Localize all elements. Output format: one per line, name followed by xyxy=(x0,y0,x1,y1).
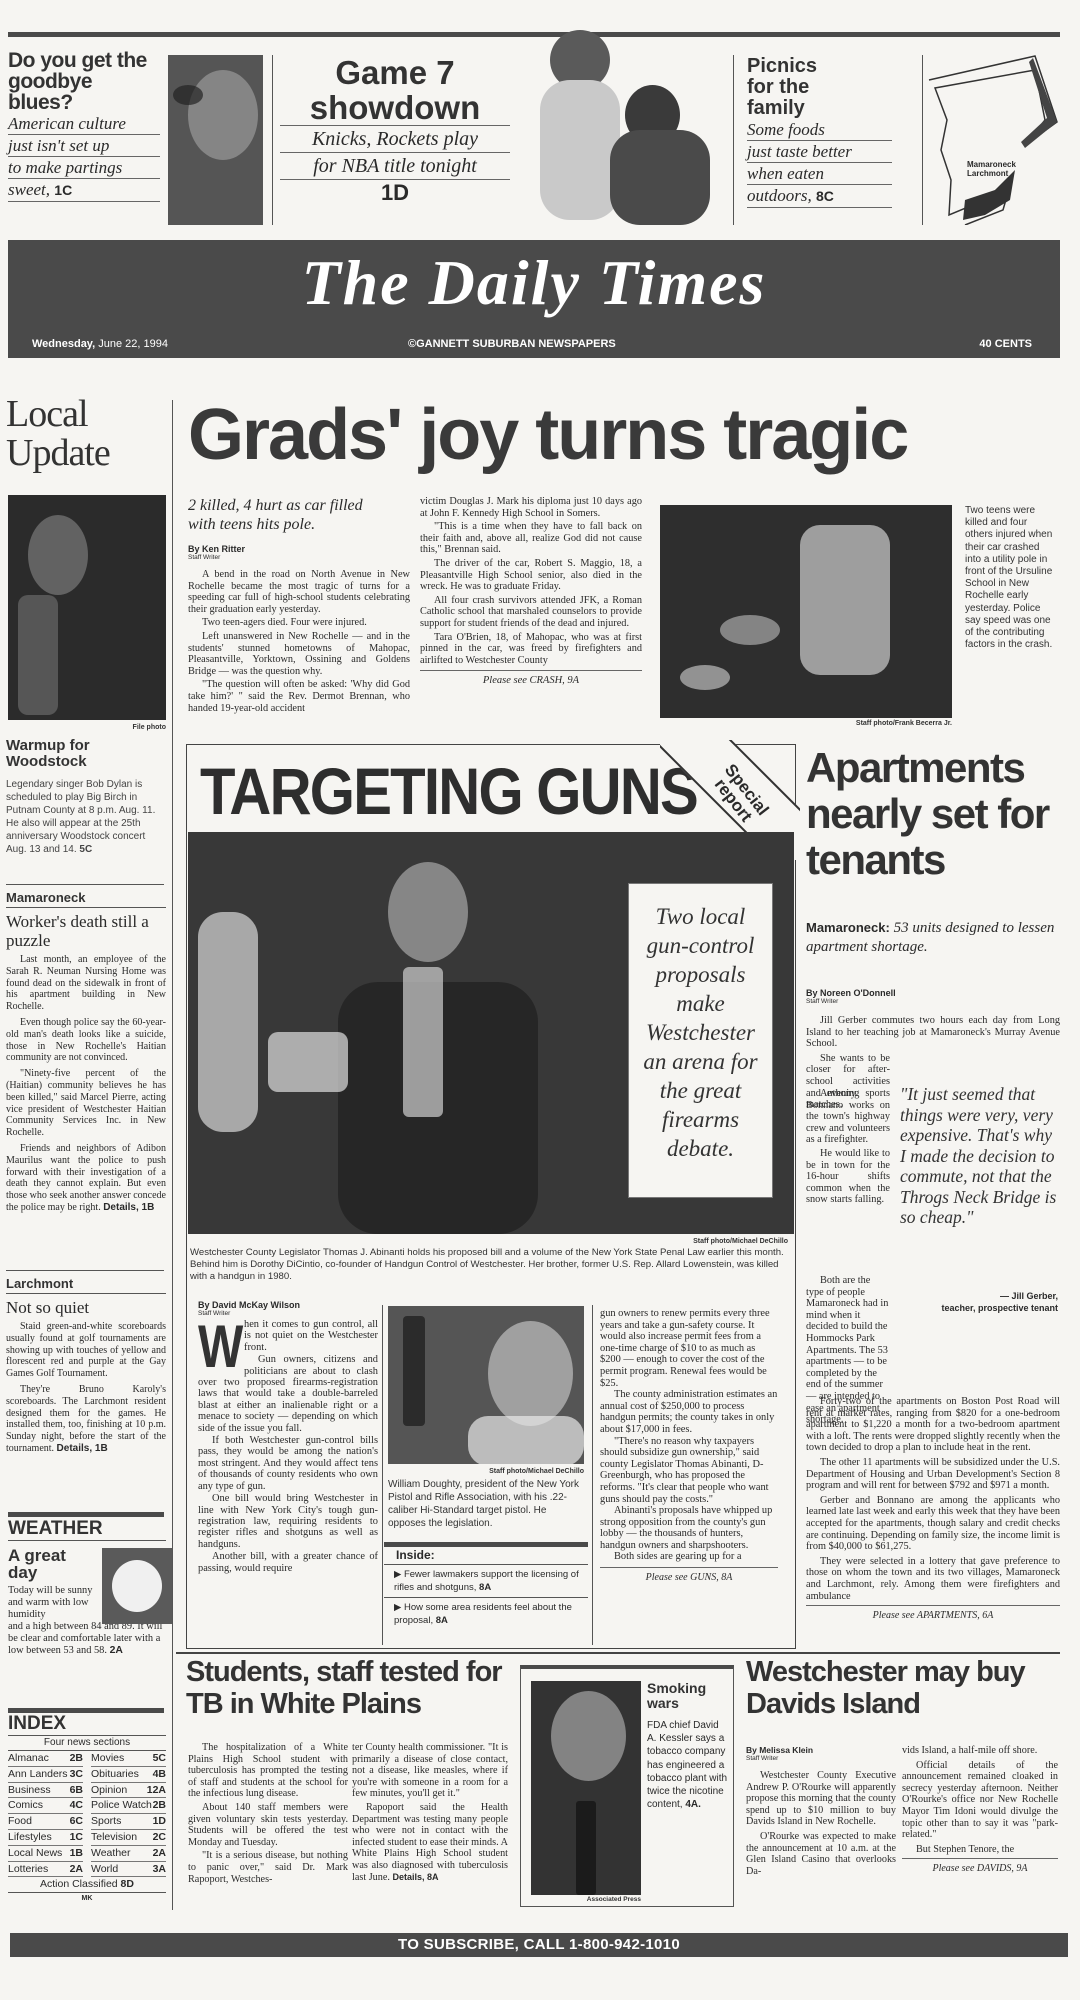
index-box: INDEX Four news sections Almanac2B Ann L… xyxy=(8,1713,166,1902)
county-map-icon xyxy=(925,50,1065,225)
mamaroneck-map: Mamaroneck Larchmont xyxy=(925,50,1065,225)
smoking-text: FDA chief David A. Kessler says a tobacc… xyxy=(647,1719,729,1811)
photo-credit: Associated Press xyxy=(531,1896,641,1903)
item-headline: Worker's death still a puzzle xyxy=(6,912,166,950)
map-label: Mamaroneck Larchmont xyxy=(967,160,1016,178)
index-entry[interactable]: Almanac2B xyxy=(8,1751,83,1767)
newspaper-title: The Daily Times xyxy=(8,246,1060,320)
local-item-mamaroneck[interactable]: Mamaroneck Worker's death still a puzzle… xyxy=(6,890,166,1218)
kessler-photo xyxy=(531,1681,641,1895)
index-entry[interactable]: Opinion12A xyxy=(91,1783,166,1799)
lead-headline[interactable]: Grads' joy turns tragic xyxy=(188,390,1068,480)
inside-item[interactable]: ▶ How some area residents feel about the… xyxy=(384,1598,588,1630)
index-left-column: Almanac2B Ann Landers3C Business6B Comic… xyxy=(8,1751,83,1877)
divider xyxy=(382,1305,383,1645)
teaser-game7[interactable]: Game 7 showdown Knicks, Rockets play for… xyxy=(280,55,510,206)
bob-dylan-photo xyxy=(8,495,166,720)
weather-text-short: Today will be sunny and warm with low hu… xyxy=(8,1585,94,1621)
jump-link[interactable]: Please see DAVIDS, 9A xyxy=(902,1858,1058,1874)
index-entry[interactable]: Movies5C xyxy=(91,1751,166,1767)
weather-headline: A great day xyxy=(8,1547,88,1581)
teaser-goodbye-headline: Do you get the goodbye blues? xyxy=(8,50,160,113)
apartments-headline[interactable]: Apartments nearly set for tenants xyxy=(806,745,1076,883)
item-text: Legendary singer Bob Dylan is scheduled … xyxy=(6,778,166,856)
teaser-picnics[interactable]: Picnics for the family Some foods just t… xyxy=(747,56,892,208)
guns-pullout-box: Two local gun-control proposals make Wes… xyxy=(628,883,773,1198)
smoking-headline: Smoking wars xyxy=(647,1681,706,1711)
index-entry[interactable]: Local News1B xyxy=(8,1846,83,1862)
guns-headline[interactable]: TARGETING GUNS xyxy=(200,748,614,834)
byline: By David McKay Wilson xyxy=(198,1300,378,1310)
index-entry[interactable]: Comics4C xyxy=(8,1798,83,1814)
index-entry[interactable]: Lifestyles1C xyxy=(8,1830,83,1846)
index-entry[interactable]: Business6B xyxy=(8,1783,83,1799)
weather-box: WEATHER A great day Today will be sunny … xyxy=(8,1518,166,1657)
index-subtitle: Four news sections xyxy=(8,1736,166,1751)
details-link[interactable]: Details, 8A xyxy=(392,1872,438,1882)
teaser-line: when eaten xyxy=(747,163,892,185)
byline-role: Staff Writer xyxy=(746,1755,896,1762)
teaser-line: American culture xyxy=(8,113,160,135)
apartments-deck: Mamaroneck: 53 units designed to lessen … xyxy=(806,918,1074,957)
dropcap: W xyxy=(198,1319,232,1375)
davids-col2: vids Island, a half-mile off shore. Offi… xyxy=(902,1745,1058,1874)
index-entry[interactable]: Weather2A xyxy=(91,1846,166,1862)
photo-credit: Staff photo/Michael DeChillo xyxy=(188,1238,788,1245)
masthead: The Daily Times Wednesday, June 22, 1994… xyxy=(8,240,1060,358)
guns-story-col1: By David McKay Wilson Staff Writer W hen… xyxy=(198,1300,378,1575)
lead-story-col1: 2 killed, 4 hurt as car filled with teen… xyxy=(188,496,410,716)
initials: MK xyxy=(8,1895,166,1902)
local-item-larchmont[interactable]: Larchmont Not so quiet Staid green-and-w… xyxy=(6,1276,166,1459)
item-headline: Not so quiet xyxy=(6,1298,166,1317)
byline: By Ken Ritter xyxy=(188,544,410,554)
teaser-line: just isn't set up xyxy=(8,135,160,157)
item-section: Larchmont xyxy=(6,1276,166,1294)
doughty-caption: William Doughty, president of the New Yo… xyxy=(388,1478,584,1530)
publisher: ©GANNETT SUBURBAN NEWSPAPERS xyxy=(408,338,616,350)
divider xyxy=(6,1270,164,1271)
divider xyxy=(592,1305,593,1645)
sun-icon xyxy=(102,1548,172,1624)
index-title: INDEX xyxy=(8,1713,166,1736)
subscribe-text: TO SUBSCRIBE, CALL 1-800-942-1010 xyxy=(398,1936,680,1953)
issue-date: Wednesday, June 22, 1994 xyxy=(32,338,168,350)
index-entry[interactable]: Ann Landers3C xyxy=(8,1767,83,1783)
doughty-photo xyxy=(388,1306,584,1464)
page-ref: 8C xyxy=(816,188,834,204)
subscribe-banner[interactable]: TO SUBSCRIBE, CALL 1-800-942-1010 xyxy=(10,1933,1068,1957)
lead-deck: 2 killed, 4 hurt as car filled with teen… xyxy=(188,496,378,534)
photo-credit: Staff photo/Frank Becerra Jr. xyxy=(660,720,952,727)
page-ref: 2A xyxy=(110,1645,123,1656)
guns-story-col3: gun owners to renew permits every three … xyxy=(600,1308,778,1583)
tb-col2: ter County health commissioner. "It is p… xyxy=(352,1742,508,1885)
left-column-divider xyxy=(172,400,173,1910)
index-entry[interactable]: Police Watch2B xyxy=(91,1798,166,1814)
weather-rule xyxy=(8,1512,164,1517)
inside-box: Inside: ▶ Fewer lawmakers support the li… xyxy=(384,1542,588,1630)
divider xyxy=(6,884,164,885)
guns-photo-caption: Westchester County Legislator Thomas J. … xyxy=(190,1247,790,1282)
inside-item[interactable]: ▶ Fewer lawmakers support the licensing … xyxy=(384,1565,588,1598)
byline-role: Staff Writer xyxy=(806,998,1060,1005)
price: 40 CENTS xyxy=(979,338,1032,350)
crash-photo-caption: Two teens were killed and four others in… xyxy=(965,505,1055,651)
details-link[interactable]: Details, 1B xyxy=(57,1443,108,1454)
index-entry[interactable]: Television2C xyxy=(91,1830,166,1846)
byline: By Noreen O'Donnell xyxy=(806,988,1060,998)
item-section: Mamaroneck xyxy=(6,890,166,908)
divider xyxy=(733,55,734,225)
pull-quote: "It just seemed that things were very, v… xyxy=(900,1084,1060,1228)
weather-title: WEATHER xyxy=(8,1518,166,1541)
index-right-column: Movies5C Obituaries4B Opinion12A Police … xyxy=(91,1751,166,1877)
local-update-column: Local Update xyxy=(6,395,166,473)
divider xyxy=(922,55,923,225)
basketball-players-photo xyxy=(520,30,730,225)
teaser-picnics-headline: Picnics for the family xyxy=(747,56,837,119)
apartments-narrow-col: Anthony Bonnano works on the town's high… xyxy=(806,1088,890,1208)
smoking-box[interactable]: Smoking wars FDA chief David A. Kessler … xyxy=(520,1665,734,1907)
divider xyxy=(272,55,273,225)
photo-credit: File photo xyxy=(8,724,166,731)
teaser-game7-headline-2: showdown xyxy=(280,90,510,126)
page-ref: 1D xyxy=(280,180,510,206)
photo-credit: Staff photo/Michael DeChillo xyxy=(388,1468,584,1475)
byline-role: Staff Writer xyxy=(188,554,410,561)
inside-title: Inside: xyxy=(384,1547,588,1565)
teaser-line: Some foods xyxy=(747,119,892,141)
jump-link[interactable]: Please see CRASH, 9A xyxy=(420,670,642,686)
apartments-story-rest-2: Forty-two of the apartments on Boston Po… xyxy=(806,1396,1060,1621)
apartments-story-rest: Both are the type of people Mamaroneck h… xyxy=(806,1275,1060,1348)
car-crash-photo xyxy=(660,505,952,718)
teaser-line: just taste better xyxy=(747,141,892,163)
lead-story-col2: victim Douglas J. Mark his diploma just … xyxy=(420,496,642,686)
divider xyxy=(176,1652,1060,1654)
jump-link[interactable]: Please see APARTMENTS, 6A xyxy=(806,1605,1060,1621)
details-link[interactable]: Details, 1B xyxy=(103,1202,154,1213)
weather-text: and a high between 84 and 89. It will be… xyxy=(8,1621,166,1657)
index-entry[interactable]: Obituaries4B xyxy=(91,1767,166,1783)
tb-headline[interactable]: Students, staff tested for TB in White P… xyxy=(186,1656,516,1720)
item-headline: Warmup for Woodstock xyxy=(6,738,166,770)
index-entry[interactable]: Lotteries2A xyxy=(8,1862,83,1878)
teaser-line: outdoors, 8C xyxy=(747,185,892,208)
teaser-line: for NBA title tonight xyxy=(280,153,510,180)
davids-col1: By Melissa Klein Staff Writer Westcheste… xyxy=(746,1745,896,1879)
page-ref: 1C xyxy=(54,182,72,198)
local-update-title-2: Update xyxy=(6,433,166,473)
teaser-line: to make partings xyxy=(8,157,160,179)
davids-headline[interactable]: Westchester may buy Davids Island xyxy=(746,1656,1066,1720)
teaser-goodbye[interactable]: Do you get the goodbye blues? American c… xyxy=(8,50,160,202)
jump-link[interactable]: Please see GUNS, 8A xyxy=(600,1567,778,1583)
byline: By Melissa Klein xyxy=(746,1745,896,1755)
index-entry[interactable]: Sports1D xyxy=(91,1814,166,1830)
local-update-title: Local xyxy=(6,395,166,433)
index-entry[interactable]: World3A xyxy=(91,1862,166,1878)
index-classified[interactable]: Action Classified 8D xyxy=(8,1877,166,1893)
graduate-photo xyxy=(168,55,263,225)
index-entry[interactable]: Food6C xyxy=(8,1814,83,1830)
guns-pullout: Two local gun-control proposals make Wes… xyxy=(635,902,766,1163)
teaser-line: Knicks, Rockets play xyxy=(280,126,510,153)
local-item-woodstock[interactable]: Warmup for Woodstock Legendary singer Bo… xyxy=(6,738,166,856)
teaser-game7-headline: Game 7 xyxy=(280,55,510,90)
teaser-line: sweet, 1C xyxy=(8,179,160,202)
tb-col1: The hospitalization of a White Plains Hi… xyxy=(188,1742,348,1887)
